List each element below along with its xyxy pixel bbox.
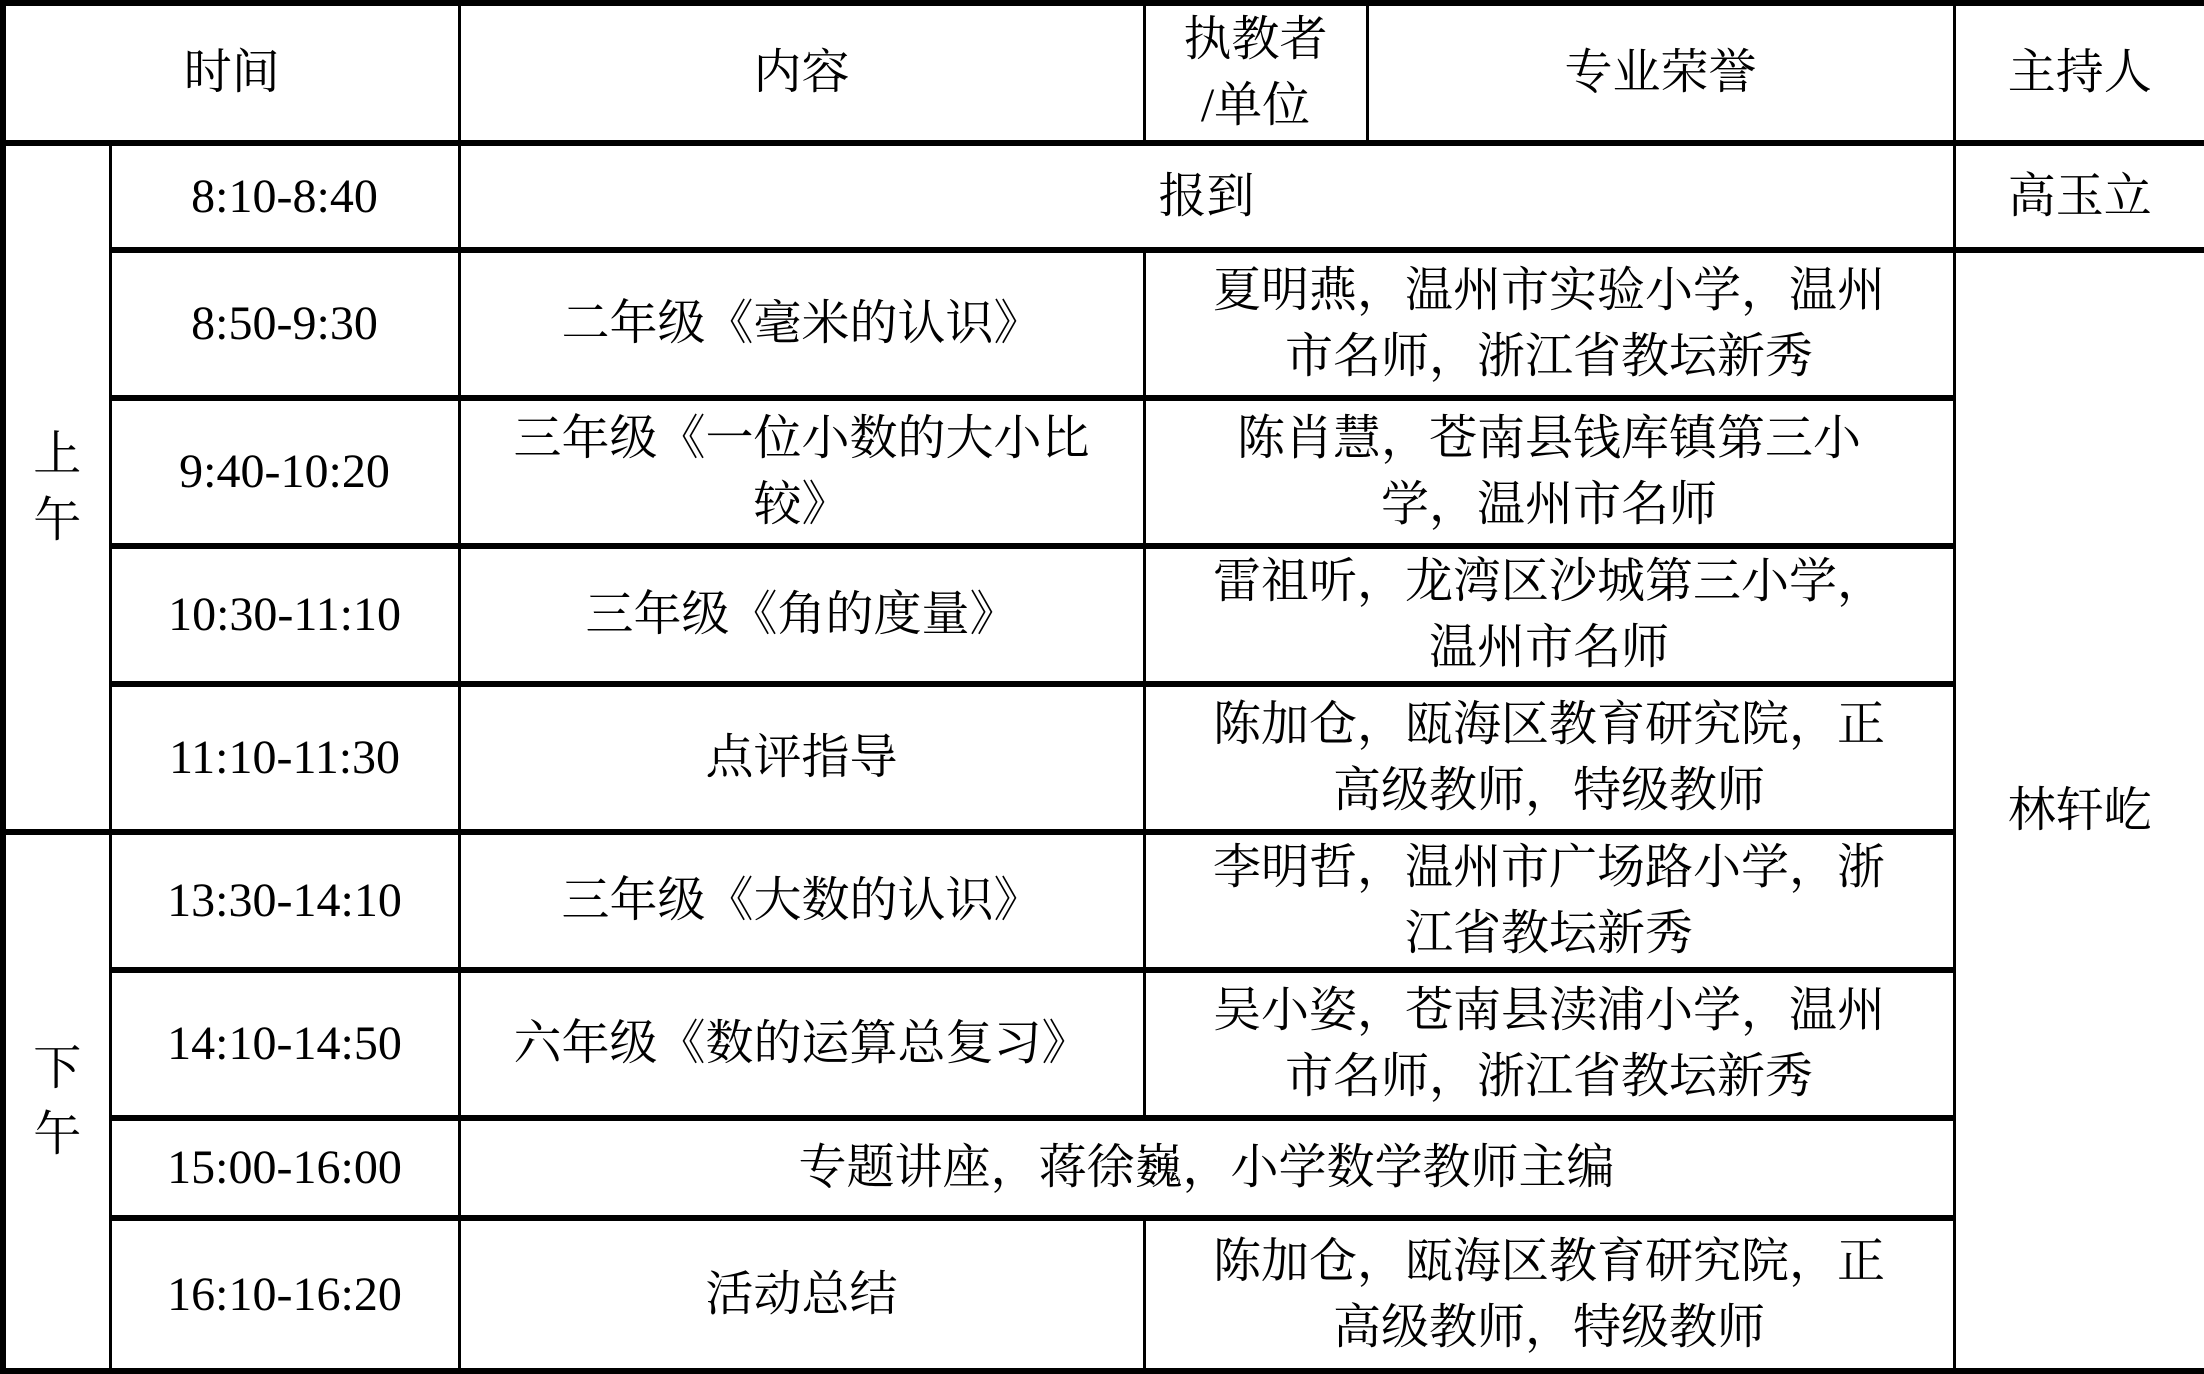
content-cell: 三年级《角的度量》 (459, 546, 1144, 684)
table-row: 10:30-11:10 三年级《角的度量》 雷祖听，龙湾区沙城第三小学， 温州市… (3, 546, 2204, 684)
teacher-cell: 陈肖慧，苍南县钱库镇第三小 学，温州市名师 (1144, 398, 1954, 546)
header-time: 时间 (3, 3, 459, 143)
time-cell: 10:30-11:10 (110, 546, 459, 684)
content-cell: 三年级《大数的认识》 (459, 832, 1144, 970)
table-row: 下 午 13:30-14:10 三年级《大数的认识》 李明哲，温州市广场路小学，… (3, 832, 2204, 970)
content-cell: 报到 (459, 143, 1954, 250)
teacher-cell: 李明哲，温州市广场路小学，浙 江省教坛新秀 (1144, 832, 1954, 970)
teacher-cell: 雷祖听，龙湾区沙城第三小学， 温州市名师 (1144, 546, 1954, 684)
teacher-cell: 陈加仓，瓯海区教育研究院，正 高级教师，特级教师 (1144, 684, 1954, 832)
host-cell-registration: 高玉立 (1954, 143, 2204, 250)
table-row: 11:10-11:30 点评指导 陈加仓，瓯海区教育研究院，正 高级教师，特级教… (3, 684, 2204, 832)
time-cell: 8:10-8:40 (110, 143, 459, 250)
content-cell: 活动总结 (459, 1218, 1144, 1371)
time-cell: 8:50-9:30 (110, 250, 459, 398)
table-row: 上 午 8:10-8:40 报到 高玉立 (3, 143, 2204, 250)
content-cell: 三年级《一位小数的大小比 较》 (459, 398, 1144, 546)
teacher-cell: 夏明燕，温州市实验小学，温州 市名师，浙江省教坛新秀 (1144, 250, 1954, 398)
time-cell: 15:00-16:00 (110, 1118, 459, 1218)
time-cell: 13:30-14:10 (110, 832, 459, 970)
time-cell: 16:10-16:20 (110, 1218, 459, 1371)
table-row: 9:40-10:20 三年级《一位小数的大小比 较》 陈肖慧，苍南县钱库镇第三小… (3, 398, 2204, 546)
table-row: 15:00-16:00 专题讲座，蒋徐巍，小学数学教师主编 (3, 1118, 2204, 1218)
teacher-cell: 吴小姿，苍南县渎浦小学，温州 市名师，浙江省教坛新秀 (1144, 970, 1954, 1118)
table-row: 16:10-16:20 活动总结 陈加仓，瓯海区教育研究院，正 高级教师，特级教… (3, 1218, 2204, 1371)
schedule-table: 时间 内容 执教者 /单位 专业荣誉 主持人 上 午 8:10-8:40 报到 … (0, 0, 2204, 1374)
header-teacher-unit: 执教者 /单位 (1144, 3, 1367, 143)
content-cell: 二年级《毫米的认识》 (459, 250, 1144, 398)
header-honors: 专业荣誉 (1367, 3, 1954, 143)
period-afternoon: 下 午 (3, 832, 110, 1371)
table-row: 14:10-14:50 六年级《数的运算总复习》 吴小姿，苍南县渎浦小学，温州 … (3, 970, 2204, 1118)
header-row: 时间 内容 执教者 /单位 专业荣誉 主持人 (3, 3, 2204, 143)
header-content: 内容 (459, 3, 1144, 143)
time-cell: 9:40-10:20 (110, 398, 459, 546)
host-cell-main: 林轩屹 (1954, 250, 2204, 1371)
schedule-page: 时间 内容 执教者 /单位 专业荣誉 主持人 上 午 8:10-8:40 报到 … (0, 0, 2204, 1358)
content-cell: 专题讲座，蒋徐巍，小学数学教师主编 (459, 1118, 1954, 1218)
content-cell: 六年级《数的运算总复习》 (459, 970, 1144, 1118)
period-morning: 上 午 (3, 143, 110, 832)
time-cell: 14:10-14:50 (110, 970, 459, 1118)
content-cell: 点评指导 (459, 684, 1144, 832)
time-cell: 11:10-11:30 (110, 684, 459, 832)
header-host: 主持人 (1954, 3, 2204, 143)
teacher-cell: 陈加仓，瓯海区教育研究院，正 高级教师，特级教师 (1144, 1218, 1954, 1371)
table-row: 8:50-9:30 二年级《毫米的认识》 夏明燕，温州市实验小学，温州 市名师，… (3, 250, 2204, 398)
